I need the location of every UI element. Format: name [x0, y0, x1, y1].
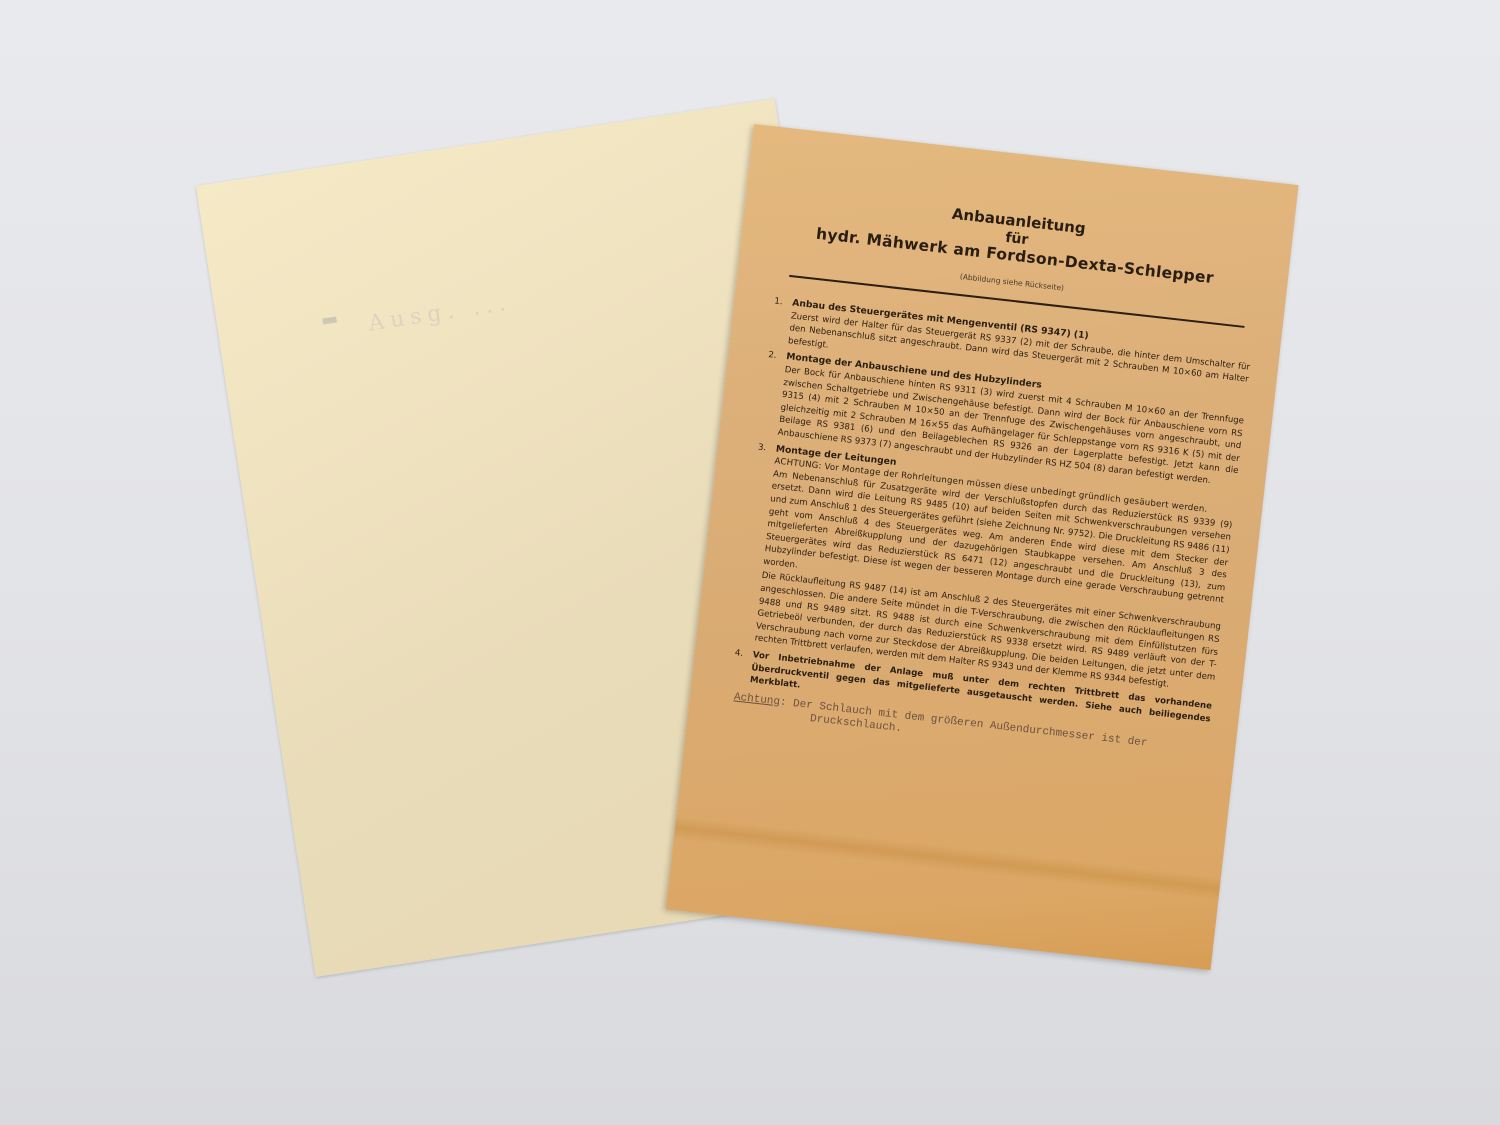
- section-number: 4.: [734, 647, 749, 661]
- note-label: Achtung: [733, 691, 780, 708]
- document-body: 1. Anbau des Steuergerätes mit Mengenven…: [728, 295, 1252, 770]
- paper-fold: [674, 816, 1221, 901]
- section-number: 2.: [768, 349, 783, 363]
- faint-mark: [322, 317, 337, 325]
- instruction-sheet: Anbauanleitung für hydr. Mähwerk am Ford…: [666, 124, 1299, 970]
- section-number: 3.: [757, 441, 772, 455]
- faint-show-through-text: Ausg. ...: [367, 290, 514, 336]
- section-number: 1.: [774, 295, 789, 309]
- photo-scene: Ausg. ... Anbauanleitung für hydr. Mähwe…: [0, 0, 1500, 1125]
